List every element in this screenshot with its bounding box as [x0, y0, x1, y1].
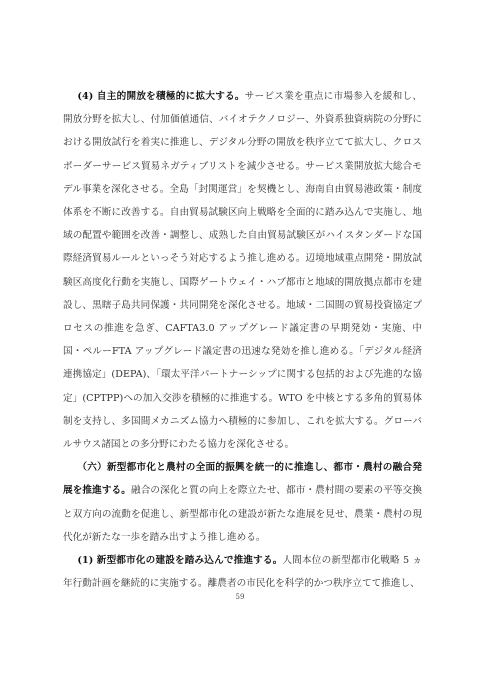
document-text-block: (4) 自主的開放を積極的に拡大する。サービス業を重点に市場参入を緩和し、開放分… [63, 85, 422, 595]
paragraph-lead: (1) 新型都市化の建設を踏み込んで推進する。 [77, 555, 282, 566]
page-number: 59 [0, 593, 480, 602]
paragraph: （六）新型都市化と農村の全面的振興を統一的に推進し、都市・農村の融合発展を推進す… [63, 456, 422, 549]
paragraph-lead: (4) 自主的開放を積極的に拡大する。 [77, 91, 244, 102]
document-page: (4) 自主的開放を積極的に拡大する。サービス業を重点に市場参入を緩和し、開放分… [0, 0, 480, 679]
paragraph: (1) 新型都市化の建設を踏み込んで推進する。人間本位の新型都市化戦略 5 ヵ年… [63, 549, 422, 595]
paragraph: (4) 自主的開放を積極的に拡大する。サービス業を重点に市場参入を緩和し、開放分… [63, 85, 422, 456]
paragraph-body: サービス業を重点に市場参入を緩和し、開放分野を拡大し、付加価値通信、バイオテクノ… [63, 91, 422, 450]
